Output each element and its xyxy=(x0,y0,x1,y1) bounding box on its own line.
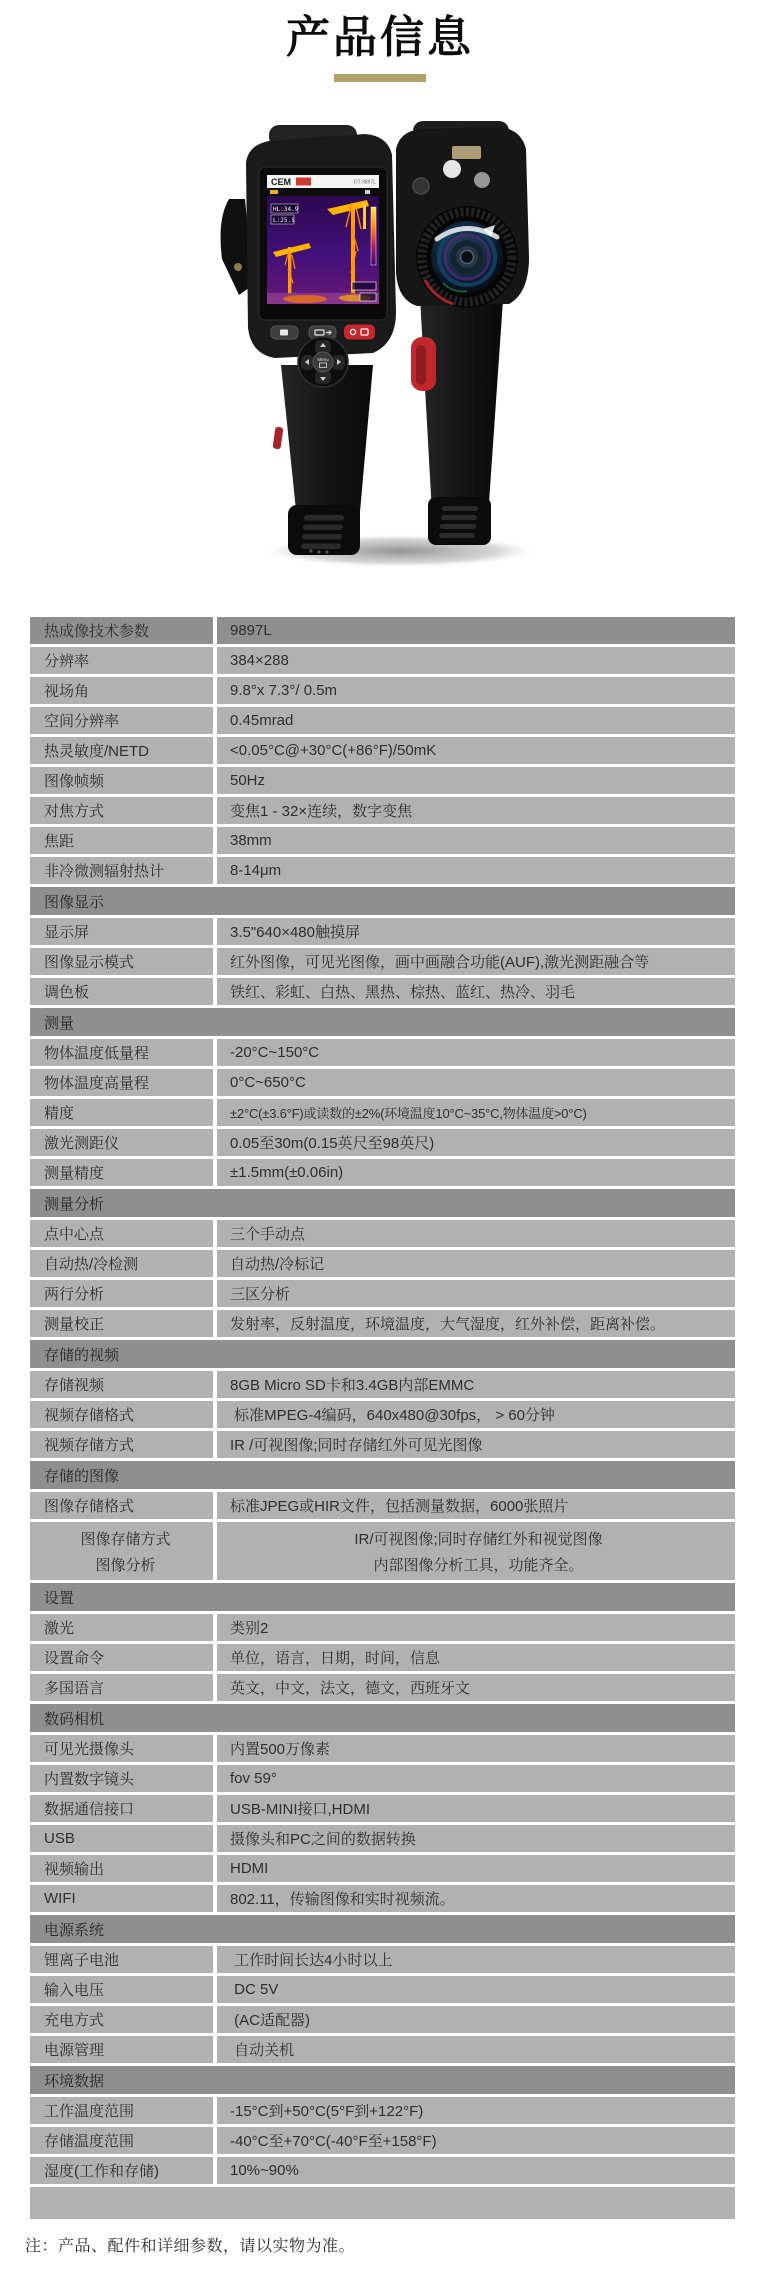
screen-top-bar: CEM DT-9897L xyxy=(267,175,379,188)
spec-row: 激光类别2 xyxy=(30,1614,735,1641)
infrared-lens xyxy=(416,206,518,308)
spec-section-label: 电源系统 xyxy=(30,1915,112,1943)
spec-row: 焦距38mm xyxy=(30,827,735,854)
page-header: 产品信息 xyxy=(0,0,760,82)
spec-label: 热灵敏度/NETD xyxy=(30,737,213,764)
title-accent-bar xyxy=(334,74,426,82)
spec-value: 8GB Micro SD卡和3.4GB内部EMMC xyxy=(217,1371,735,1398)
spec-label: 测量校正 xyxy=(30,1310,213,1337)
spec-value: 802.11，传输图像和实时视频流。 xyxy=(217,1885,735,1912)
spec-label: 充电方式 xyxy=(30,2006,213,2033)
spec-label: 电源管理 xyxy=(30,2036,213,2063)
spec-label: 可见光摄像头 xyxy=(30,1735,213,1762)
product-info-page: 产品信息 xyxy=(0,0,760,2292)
spec-row: 精度±2°C(±3.6°F)或读数的±2%(环境温度10°C~35°C,物体温度… xyxy=(30,1099,735,1126)
spec-row: 视频存储格式 标准MPEG-4编码，640x480@30fps， > 60分钟 xyxy=(30,1401,735,1428)
spec-row: 数据通信接口USB-MINI接口,HDMI xyxy=(30,1795,735,1822)
spec-label-line: 图像存储方式 xyxy=(80,1525,170,1551)
spec-row: 输入电压 DC 5V xyxy=(30,1976,735,2003)
spec-section-row: 测量分析 xyxy=(30,1189,735,1217)
spec-value: 工作时间长达4小时以上 xyxy=(217,1946,735,1973)
spec-label: 物体温度高量程 xyxy=(30,1069,213,1096)
spec-section-label: 测量 xyxy=(30,1008,82,1036)
spec-value: -15°C到+50°C(5°F到+122°F) xyxy=(217,2097,735,2124)
spec-value: ±1.5mm(±0.06in) xyxy=(217,1159,735,1186)
calibration-plate xyxy=(452,146,481,159)
spec-section-row: 数码相机 xyxy=(30,1704,735,1732)
spec-value: 9897L xyxy=(217,617,735,644)
spec-row: 空间分辨率0.45mrad xyxy=(30,707,735,734)
spec-value: HDMI xyxy=(217,1855,735,1882)
spec-label: 测量精度 xyxy=(30,1159,213,1186)
spec-value: 0.05至30m(0.15英尺至98英尺) xyxy=(217,1129,735,1156)
spec-label: 激光 xyxy=(30,1614,213,1641)
spec-label: 图像显示模式 xyxy=(30,948,213,975)
spec-value: 三个手动点 xyxy=(217,1220,735,1247)
menu-button-label: Menu xyxy=(317,357,329,362)
spec-value: 0.45mrad xyxy=(217,707,735,734)
spec-row: 显示屏3.5"640×480触摸屏 xyxy=(30,918,735,945)
spec-value: 9.8°x 7.3°/ 0.5m xyxy=(217,677,735,704)
camera-front-view: CEM DT-9897L xyxy=(221,125,396,555)
spec-label: 激光测距仪 xyxy=(30,1129,213,1156)
spec-label: 存储温度范围 xyxy=(30,2127,213,2154)
spec-value: 10%~90% xyxy=(217,2157,735,2184)
spec-row: 视场角9.8°x 7.3°/ 0.5m xyxy=(30,677,735,704)
spec-value: 8-14μm xyxy=(217,857,735,884)
spec-label: 视频输出 xyxy=(30,1855,213,1882)
spec-label: 对焦方式 xyxy=(30,797,213,824)
spec-row: 视频输出HDMI xyxy=(30,1855,735,1882)
spec-section-row: 测量 xyxy=(30,1008,735,1036)
spec-row: 可见光摄像头内置500万像素 xyxy=(30,1735,735,1762)
spec-row: 存储视频8GB Micro SD卡和3.4GB内部EMMC xyxy=(30,1371,735,1398)
spec-value: USB-MINI接口,HDMI xyxy=(217,1795,735,1822)
spec-row: 内置数字镜头fov 59° xyxy=(30,1765,735,1792)
spec-row: 非冷微测辐射热计8-14μm xyxy=(30,857,735,884)
spec-row: 锂离子电池 工作时间长达4小时以上 xyxy=(30,1946,735,1973)
spec-section-row: 设置 xyxy=(30,1583,735,1611)
spec-label: 热成像技术参数 xyxy=(30,617,213,644)
spec-row: 两行分析三区分析 xyxy=(30,1280,735,1307)
thermal-camera-illustration: CEM DT-9897L xyxy=(215,107,545,572)
spec-section-row: 存储的视频 xyxy=(30,1340,735,1368)
spec-row: 工作温度范围-15°C到+50°C(5°F到+122°F) xyxy=(30,2097,735,2124)
spec-value: (AC适配器) xyxy=(217,2006,735,2033)
spec-value: 384×288 xyxy=(217,647,735,674)
spec-row-merged: 图像存储方式图像分析IR/可视图像;同时存储红外和视觉图像内部图像分析工具，功能… xyxy=(30,1522,735,1580)
spec-label: WIFI xyxy=(30,1885,213,1912)
spec-row: 点中心点三个手动点 xyxy=(30,1220,735,1247)
spec-row: 视频存储方式IR /可视图像;同时存储红外可见光图像 xyxy=(30,1431,735,1458)
spec-row: 图像帧频50Hz xyxy=(30,767,735,794)
spec-label: 数据通信接口 xyxy=(30,1795,213,1822)
spec-row: 充电方式 (AC适配器) xyxy=(30,2006,735,2033)
spec-header-row: 热成像技术参数9897L xyxy=(30,617,735,644)
spec-row: 物体温度低量程-20°C~150°C xyxy=(30,1039,735,1066)
spec-row: 激光测距仪0.05至30m(0.15英尺至98英尺) xyxy=(30,1129,735,1156)
laser-aperture xyxy=(413,178,429,194)
spec-label: 工作温度范围 xyxy=(30,2097,213,2124)
spec-value: IR/可视图像;同时存储红外和视觉图像内部图像分析工具，功能齐全。 xyxy=(217,1522,735,1580)
spec-section-label: 测量分析 xyxy=(30,1189,112,1217)
spec-row: 湿度(工作和存储)10%~90% xyxy=(30,2157,735,2184)
dpad-control: Menu xyxy=(298,337,348,387)
spec-row: 自动热/冷检测自动热/冷标记 xyxy=(30,1250,735,1277)
spec-label: 点中心点 xyxy=(30,1220,213,1247)
spec-row: 分辨率384×288 xyxy=(30,647,735,674)
spec-value: 英文，中文，法文，德文，西班牙文 xyxy=(217,1674,735,1701)
spec-value: 38mm xyxy=(217,827,735,854)
spec-row: 物体温度高量程0°C~650°C xyxy=(30,1069,735,1096)
spec-row: 调色板铁红、彩虹、白热、黑热、棕热、蓝红、热冷、羽毛 xyxy=(30,978,735,1005)
spec-row: 存储温度范围-40°C至+70°C(-40°F至+158°F) xyxy=(30,2127,735,2154)
spec-label: 自动热/冷检测 xyxy=(30,1250,213,1277)
spec-value: 摄像头和PC之间的数据转换 xyxy=(217,1825,735,1852)
spec-value: DC 5V xyxy=(217,1976,735,2003)
readout-high: HL:34.9 xyxy=(273,206,299,213)
spec-label: 分辨率 xyxy=(30,647,213,674)
spec-section-row: 电源系统 xyxy=(30,1915,735,1943)
spec-row: 电源管理 自动关机 xyxy=(30,2036,735,2063)
spec-label: 锂离子电池 xyxy=(30,1946,213,1973)
spec-footer-band xyxy=(30,2187,735,2219)
spec-value-line: 内部图像分析工具，功能齐全。 xyxy=(373,1551,583,1577)
footnote: 注：产品、配件和详细参数，请以实物为准。 xyxy=(25,2233,760,2256)
spec-label: USB xyxy=(30,1825,213,1852)
spec-label: 视频存储方式 xyxy=(30,1431,213,1458)
spec-value: IR /可视图像;同时存储红外可见光图像 xyxy=(217,1431,735,1458)
spec-label: 设置命令 xyxy=(30,1644,213,1671)
spec-value: 自动热/冷标记 xyxy=(217,1250,735,1277)
spec-value: 自动关机 xyxy=(217,2036,735,2063)
model-label: DT-9897L xyxy=(354,180,376,186)
spec-value: 50Hz xyxy=(217,767,735,794)
spec-label: 视频存储格式 xyxy=(30,1401,213,1428)
spec-row: 多国语言英文，中文，法文，德文，西班牙文 xyxy=(30,1674,735,1701)
spec-value: 类别2 xyxy=(217,1614,735,1641)
spec-value: 标准JPEG或HIR文件，包括测量数据，6000张照片 xyxy=(217,1492,735,1519)
spec-section-row: 存储的图像 xyxy=(30,1461,735,1489)
spec-label: 图像存储方式图像分析 xyxy=(30,1522,213,1580)
spec-label: 内置数字镜头 xyxy=(30,1765,213,1792)
spec-row: WIFI802.11，传输图像和实时视频流。 xyxy=(30,1885,735,1912)
spec-label: 湿度(工作和存储) xyxy=(30,2157,213,2184)
readout-low: L:25.1 xyxy=(273,217,295,224)
spec-value: 红外图像，可见光图像，画中画融合功能(AUF),激光测距融合等 xyxy=(217,948,735,975)
spec-value: 单位，语言，日期，时间，信息 xyxy=(217,1644,735,1671)
spec-row: 热灵敏度/NETD<0.05°C@+30°C(+86°F)/50mK xyxy=(30,737,735,764)
spec-value: -40°C至+70°C(-40°F至+158°F) xyxy=(217,2127,735,2154)
spec-label-line: 图像分析 xyxy=(95,1551,155,1577)
spec-value: 内置500万像素 xyxy=(217,1735,735,1762)
spec-value: 0°C~650°C xyxy=(217,1069,735,1096)
spec-label: 多国语言 xyxy=(30,1674,213,1701)
spec-row: 图像存储格式标准JPEG或HIR文件，包括测量数据，6000张照片 xyxy=(30,1492,735,1519)
led-light xyxy=(443,160,461,178)
spec-value: fov 59° xyxy=(217,1765,735,1792)
spec-section-label: 存储的视频 xyxy=(30,1340,127,1368)
spec-label: 物体温度低量程 xyxy=(30,1039,213,1066)
spec-row: 测量精度±1.5mm(±0.06in) xyxy=(30,1159,735,1186)
spec-row: USB摄像头和PC之间的数据转换 xyxy=(30,1825,735,1852)
brand-logo: CEM xyxy=(271,177,291,187)
spec-table: 热成像技术参数9897L分辨率384×288视场角9.8°x 7.3°/ 0.5… xyxy=(30,617,735,2219)
spec-section-label: 数码相机 xyxy=(30,1704,112,1732)
spec-label: 非冷微测辐射热计 xyxy=(30,857,213,884)
spec-value: 变焦1 - 32×连续，数字变焦 xyxy=(217,797,735,824)
spec-label: 存储视频 xyxy=(30,1371,213,1398)
page-title: 产品信息 xyxy=(0,10,760,66)
spec-value: ±2°C(±3.6°F)或读数的±2%(环境温度10°C~35°C,物体温度>0… xyxy=(217,1099,735,1126)
spec-row: 图像显示模式红外图像，可见光图像，画中画融合功能(AUF),激光测距融合等 xyxy=(30,948,735,975)
spec-label: 精度 xyxy=(30,1099,213,1126)
spec-value: 标准MPEG-4编码，640x480@30fps， > 60分钟 xyxy=(217,1401,735,1428)
spec-label: 调色板 xyxy=(30,978,213,1005)
product-photo: CEM DT-9897L xyxy=(0,107,760,572)
spec-value: 铁红、彩虹、白热、黑热、棕热、蓝红、热冷、羽毛 xyxy=(217,978,735,1005)
spec-value-line: IR/可视图像;同时存储红外和视觉图像 xyxy=(354,1525,602,1551)
spec-section-label: 图像显示 xyxy=(30,887,112,915)
spec-value: 三区分析 xyxy=(217,1280,735,1307)
spec-value: 发射率，反射温度，环境温度，大气湿度，红外补偿，距离补偿。 xyxy=(217,1310,735,1337)
visible-camera-aperture xyxy=(474,172,490,188)
camera-rear-view xyxy=(396,121,529,545)
spec-row: 对焦方式变焦1 - 32×连续，数字变焦 xyxy=(30,797,735,824)
spec-value: <0.05°C@+30°C(+86°F)/50mK xyxy=(217,737,735,764)
spec-label: 显示屏 xyxy=(30,918,213,945)
spec-label: 焦距 xyxy=(30,827,213,854)
spec-value: 3.5"640×480触摸屏 xyxy=(217,918,735,945)
spec-row: 测量校正发射率，反射温度，环境温度，大气湿度，红外补偿，距离补偿。 xyxy=(30,1310,735,1337)
spec-label: 视场角 xyxy=(30,677,213,704)
spec-value: -20°C~150°C xyxy=(217,1039,735,1066)
spec-section-label: 存储的图像 xyxy=(30,1461,127,1489)
spec-row: 设置命令单位，语言，日期，时间，信息 xyxy=(30,1644,735,1671)
spec-section-label: 环境数据 xyxy=(30,2066,112,2094)
spec-section-row: 环境数据 xyxy=(30,2066,735,2094)
spec-section-row: 图像显示 xyxy=(30,887,735,915)
spec-label: 输入电压 xyxy=(30,1976,213,2003)
spec-label: 空间分辨率 xyxy=(30,707,213,734)
spec-label: 图像帧频 xyxy=(30,767,213,794)
spec-section-label: 设置 xyxy=(30,1583,82,1611)
thermal-image: HL:34.9 L:25.1 xyxy=(267,196,379,304)
palette-scale-bar xyxy=(371,207,376,265)
spec-label: 两行分析 xyxy=(30,1280,213,1307)
spec-label: 图像存储格式 xyxy=(30,1492,213,1519)
